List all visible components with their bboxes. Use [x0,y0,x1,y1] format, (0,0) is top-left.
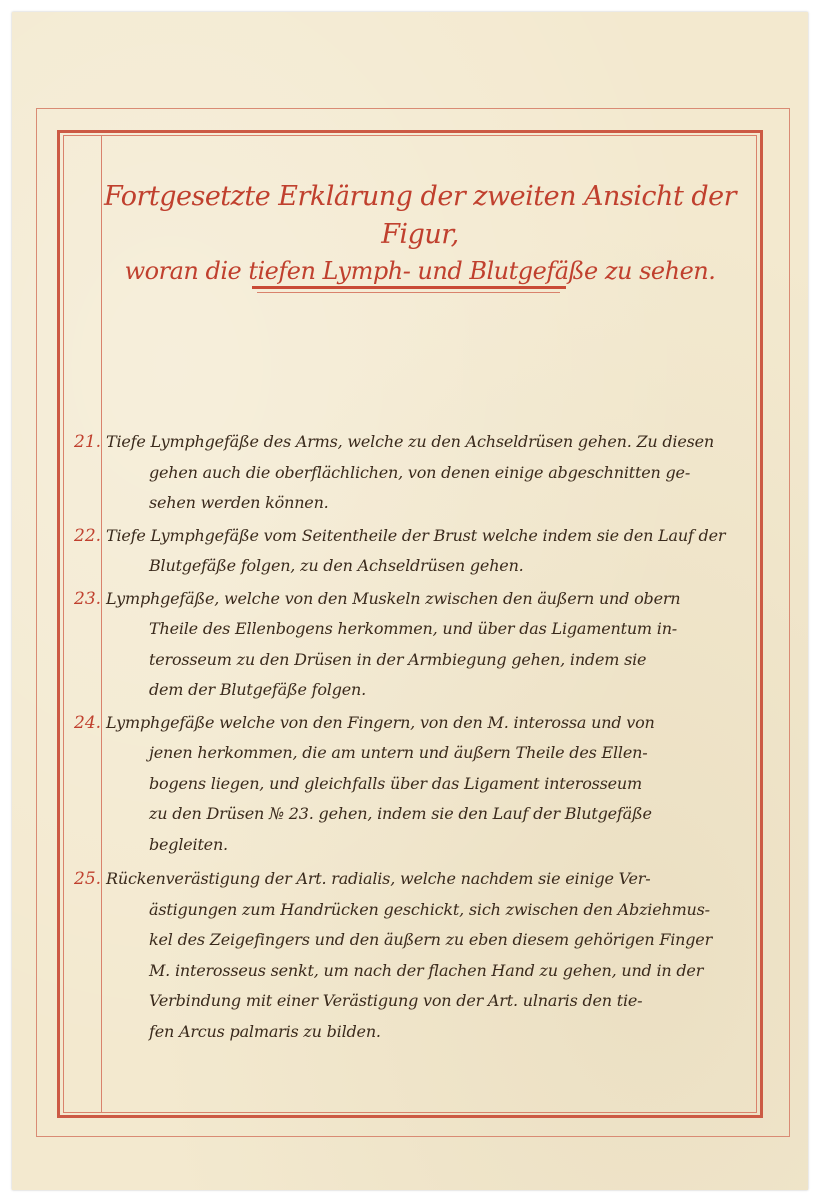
entry-line: M. interosseus senkt, um nach der flache… [66,956,756,987]
entry-line: ästigungen zum Handrücken geschickt, sic… [66,895,756,926]
entry-line: gehen auch die oberflächlichen, von dene… [66,458,756,489]
title-line-1: Fortgesetzte Erklärung der zweiten Ansic… [100,178,740,254]
list-item: 24. Lymphgefäße welche von den Fingern, … [66,708,756,861]
entry-line: dem der Blutgefäße folgen. [66,675,756,706]
title-line-2: woran die tiefen Lymph- und Blutgefäße z… [100,254,740,288]
entry-line: terosseum zu den Drüsen in der Armbiegun… [66,645,756,676]
list-item: 21. Tiefe Lymphgefäße des Arms, welche z… [66,427,756,519]
entry-line: fen Arcus palmaris zu bilden. [66,1017,756,1048]
entry-line: Rückenverästigung der Art. radialis, wel… [66,864,756,895]
title-underline [252,286,566,289]
entry-number: 23. [74,584,104,614]
entry-number: 24. [74,708,104,738]
entry-line: Lymphgefäße, welche von den Muskeln zwis… [66,584,756,615]
entry-line: begleiten. [66,830,756,861]
entry-line: Theile des Ellenbogens herkommen, und üb… [66,614,756,645]
list-item: 23. Lymphgefäße, welche von den Muskeln … [66,584,756,706]
entry-line: Blutgefäße folgen, zu den Achseldrüsen g… [66,551,756,582]
entry-line: bogens liegen, und gleichfalls über das … [66,769,756,800]
title-underline-thin [257,292,560,293]
entry-line: Verbindung mit einer Verästigung von der… [66,986,756,1017]
entry-number: 22. [74,521,104,551]
entry-line: zu den Drüsen № 23. gehen, indem sie den… [66,799,756,830]
entry-line: sehen werden können. [66,488,756,519]
page-title: Fortgesetzte Erklärung der zweiten Ansic… [100,178,740,288]
entry-line: jenen herkommen, die am untern und äußer… [66,738,756,769]
entry-list: 21. Tiefe Lymphgefäße des Arms, welche z… [66,427,756,1047]
list-item: 22. Tiefe Lymphgefäße vom Seitentheile d… [66,521,756,582]
entry-line: Tiefe Lymphgefäße vom Seitentheile der B… [66,521,756,552]
entry-number: 25. [74,864,104,894]
entry-line: Tiefe Lymphgefäße des Arms, welche zu de… [66,427,756,458]
entry-line: Lymphgefäße welche von den Fingern, von … [66,708,756,739]
entry-line: kel des Zeigefingers und den äußern zu e… [66,925,756,956]
entry-number: 21. [74,427,104,457]
list-item: 25. Rückenverästigung der Art. radialis,… [66,864,756,1047]
